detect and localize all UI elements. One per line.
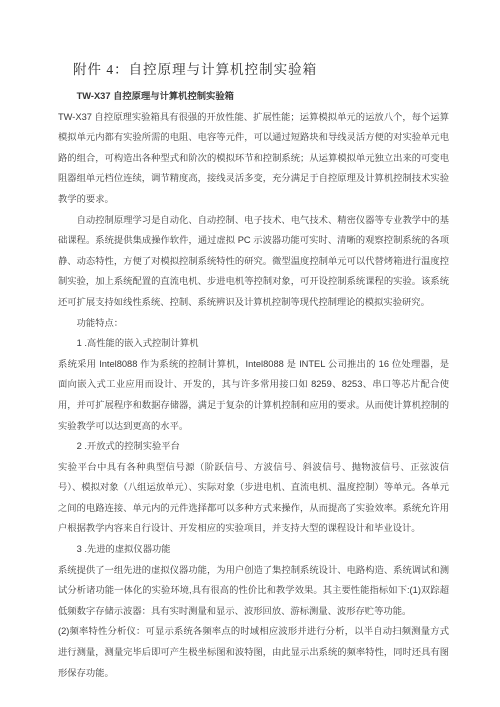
feature-heading-3: 3 .先进的虚拟仪器功能: [58, 539, 449, 560]
document-body: TW-X37 自控原理与计算机控制实验箱 TW-X37 自控原理实验箱具有很强的…: [58, 86, 449, 683]
paragraph-feature-3: 系统提供了一组先进的虚拟仪器功能，为用户创造了集控制系统设计、电路构造、系统调试…: [58, 560, 449, 622]
paragraph-intro: TW-X37 自控原理实验箱具有很强的开放性能、扩展性能；运算模拟单元的运放八个…: [58, 107, 449, 210]
feature-heading-1: 1 .高性能的嵌入式控制计算机: [58, 333, 449, 354]
paragraph-overview: 自动控制原理学习是自动化、自动控制、电子技术、电气技术、精密仪器等专业教学中的基…: [58, 210, 449, 313]
paragraph-feature-1: 系统采用 Intel8088 作为系统的控制计算机，Intel8088 是 IN…: [58, 354, 449, 436]
document-subtitle: TW-X37 自控原理与计算机控制实验箱: [58, 86, 449, 107]
document-content: 附件 4：自控原理与计算机控制实验箱 TW-X37 自控原理与计算机控制实验箱 …: [58, 60, 449, 683]
document-page: 附件 4：自控原理与计算机控制实验箱 TW-X37 自控原理与计算机控制实验箱 …: [0, 0, 500, 707]
paragraph-feature-2: 实验平台中具有各种典型信号源（阶跃信号、方波信号、斜波信号、抛物波信号、正弦波信…: [58, 457, 449, 539]
document-title: 附件 4：自控原理与计算机控制实验箱: [58, 60, 449, 79]
feature-heading-2: 2 .开放式的控制实验平台: [58, 436, 449, 457]
paragraph-feature-3b: (2)频率特性分析仪：可显示系统各频率点的时域相应波形并进行分析，以半自动扫频测…: [58, 621, 449, 683]
features-label: 功能特点：: [58, 313, 449, 334]
